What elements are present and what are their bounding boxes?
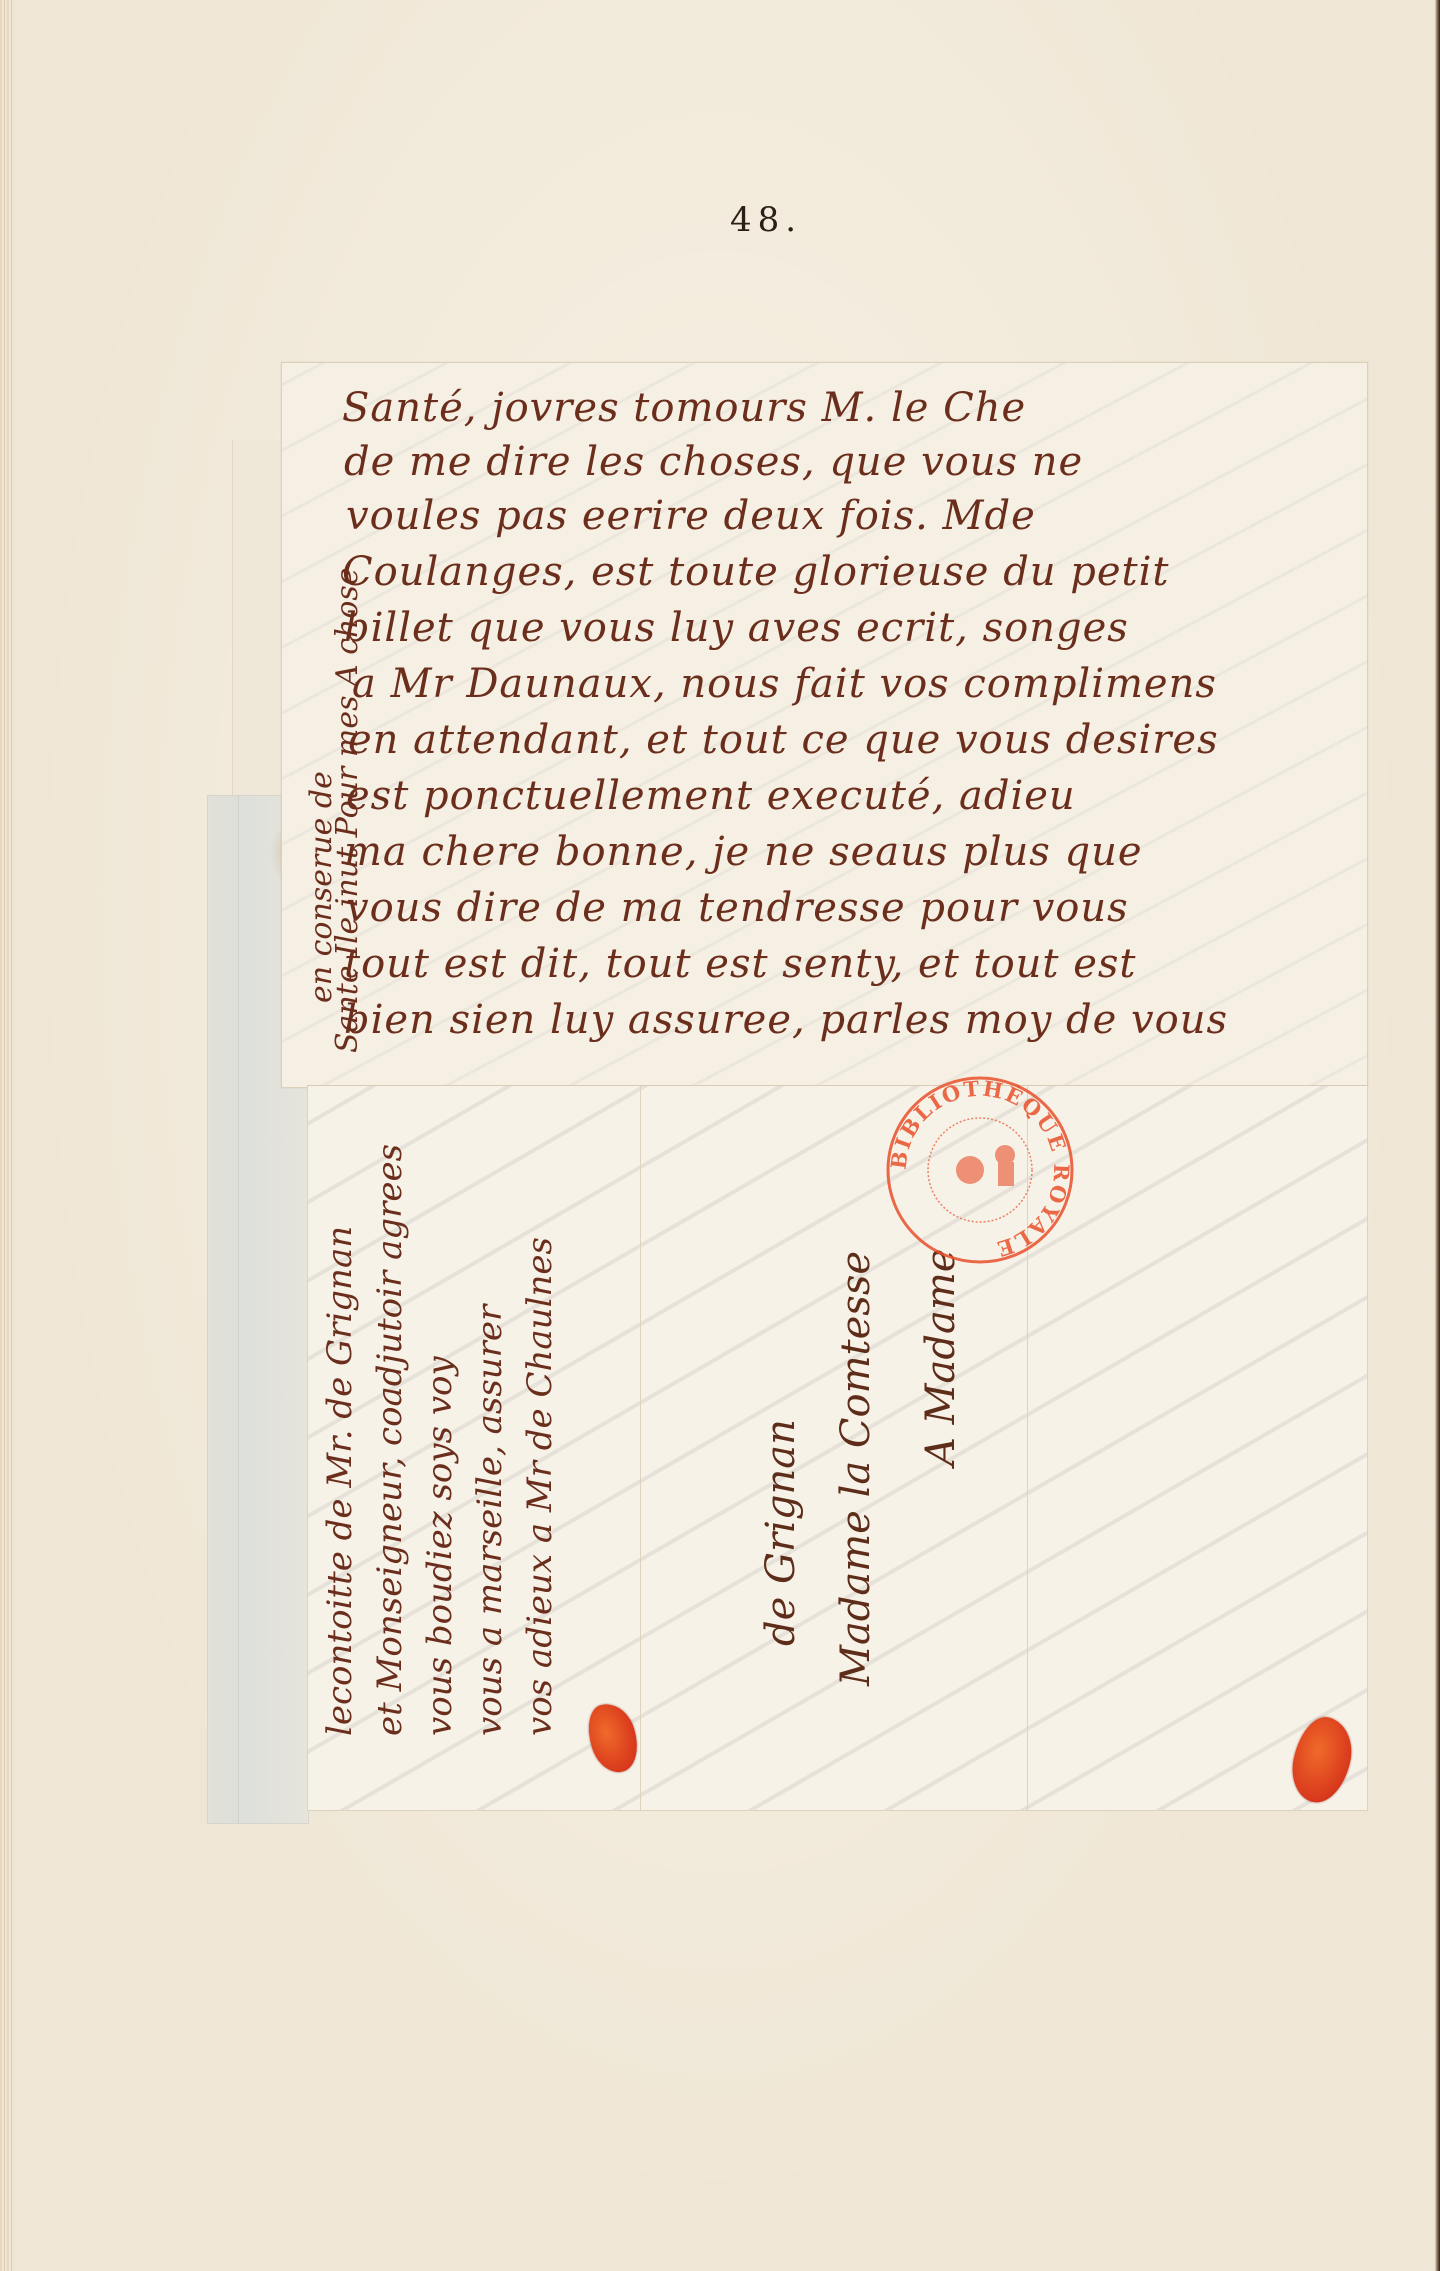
postscript-column: vous boudiez soys voy [420,1356,460,1736]
letter-line: tout est dit, tout est senty, et tout es… [344,941,1136,987]
letter-lower-panel: lecontoitte de Mr. de Grignan et Monseig… [307,1085,1368,1811]
letter-line: a Mr Daunaux, nous fait vos complimens [352,661,1217,707]
letter-line: billet que vous luy aves ecrit, songes [344,605,1129,651]
letter-line: est ponctuellement executé, adieu [346,773,1076,819]
letter-line: voules pas eerire deux fois. Mde [346,493,1036,539]
page-number: 48. [730,200,802,240]
letter-line: bien sien luy assuree, parles moy de vou… [344,997,1228,1043]
page-edge-left [0,0,14,2271]
letter-line: Coulanges, est toute glorieuse du petit [342,549,1170,595]
postscript-column: vous a marseille, assurer [470,1305,510,1736]
postscript-column: et Monseigneur, coadjutoir agrees [370,1144,410,1736]
manuscript-page: 48. en conserue de Sante Ile inut Pour m… [0,0,1440,2271]
library-stamp-icon: BIBLIOTHÈQUE ROYALE [880,1070,1080,1270]
letter-line: en attendant, et tout ce que vous desire… [348,717,1219,763]
letter-line: ma chere bonne, je ne seaus plus que [344,829,1143,875]
letter-upper-panel: en conserue de Sante Ile inut Pour mes A… [281,362,1368,1088]
postscript-column: lecontoitte de Mr. de Grignan [320,1226,360,1736]
letter-line: vous dire de ma tendresse pour vous [346,885,1129,931]
address-line: de Grignan [758,1419,804,1646]
postscript-column: vos adieux a Mr de Chaulnes [520,1237,560,1736]
letter-line: de me dire les choses, que vous ne [344,439,1083,485]
fold-line [640,1086,641,1810]
address-line: Madame la Comtesse [833,1251,879,1686]
letter-line: Santé, jovres tomours M. le Che [342,385,1026,431]
page-edge-right [1435,0,1440,2271]
address-line: A Madame [918,1249,964,1466]
